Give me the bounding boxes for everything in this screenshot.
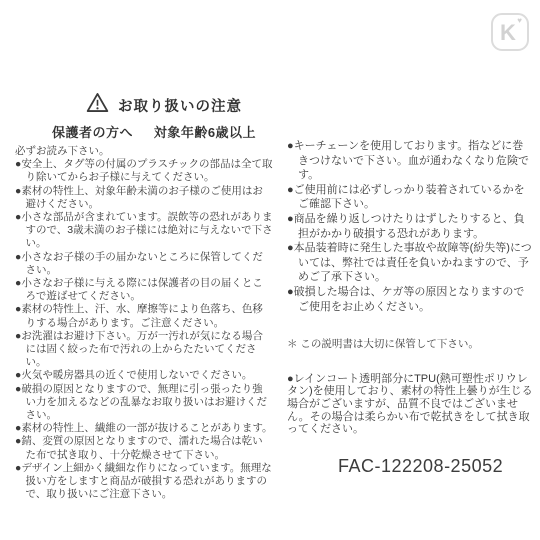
notice-item: ●お洗濯はお避け下さい。万が一汚れが気になる場合には固く絞った布で汚れの上からた… <box>15 330 273 370</box>
heart-icon: ♥ <box>517 16 522 25</box>
notice-item: ●本品装着時に発生した事故や故障等(紛失等)については、弊社では責任を負いかねま… <box>287 241 533 285</box>
target-age-label: 対象年齢6歳以上 <box>154 125 256 140</box>
left-notice-list: ●安全上、タグ等の付属のプラスチックの部品は全て取り除いてからお子様に与えてくだ… <box>15 158 273 501</box>
page-title: お取り扱いの注意 <box>118 95 242 116</box>
page-header: お取り扱いの注意 <box>86 92 242 118</box>
audience-label: 保護者の方へ <box>52 125 133 140</box>
notice-item: ●小さなお子様に与える際には保護者の目の届くところで遊ばせてください。 <box>15 277 273 303</box>
right-notice-list: ●キーチェーンを使用しております。指などに巻きつけないで下さい。血が通わなくなり… <box>287 139 533 314</box>
keep-manual-note: ＊ この説明書は大切に保管して下さい。 <box>287 337 533 352</box>
notice-item: ●小さな部品が含まれています。誤飲等の恐れがありますので、3歳未満のお子様には絶… <box>15 211 273 251</box>
material-tpu-note: ●レインコート透明部分にTPU(熱可塑性ポリウレタン)を使用しており、素材の特性… <box>287 373 533 436</box>
notice-item: ●小さなお子様の手の届かないところに保管してください。 <box>15 251 273 277</box>
product-code: FAC-122208-25052 <box>338 456 503 477</box>
notice-item: ●素材の特性上、繊維の一部が抜けることがあります。 <box>15 422 273 435</box>
notice-item: ●ご使用前には必ずしっかり装着されているかをご確認下さい。 <box>287 183 533 212</box>
left-column: 必ずお読み下さい。 ●安全上、タグ等の付属のプラスチックの部品は全て取り除いてか… <box>15 145 273 501</box>
notice-item: ●破損の原因となりますので、無理に引っ張ったり強い力を加えるなどの乱暴なお取り扱… <box>15 383 273 423</box>
notice-item: ●素材の特性上、対象年齢未満のお子様のご使用はお避けください。 <box>15 185 273 211</box>
brand-logo: K ♥ <box>491 13 529 51</box>
notice-item: ●素材の特性上、汗、水、摩擦等により色落ち、色移りする場合があります。ご注意くだ… <box>15 303 273 329</box>
read-first-note: 必ずお読み下さい。 <box>15 145 273 158</box>
notice-item: ●錆、変質の原因となりますので、濡れた場合は乾いた布で拭き取り、十分乾燥させて下… <box>15 435 273 461</box>
notice-item: ●商品を繰り返しつけたりはずしたりすると、負担がかかり破損する恐れがあります。 <box>287 212 533 241</box>
notice-item: ●火気や暖房器具の近くで使用しないでください。 <box>15 369 273 382</box>
right-column: ●キーチェーンを使用しております。指などに巻きつけないで下さい。血が通わなくなり… <box>287 139 533 436</box>
notice-item: ●破損した場合は、ケガ等の原因となりますのでご使用をお止めください。 <box>287 285 533 314</box>
notice-item: ●安全上、タグ等の付属のプラスチックの部品は全て取り除いてからお子様に与えてくだ… <box>15 158 273 184</box>
notice-item: ●デザイン上細かく繊細な作りになっています。無理な扱い方をしますと商品が破損する… <box>15 462 273 502</box>
warning-triangle-icon <box>86 92 109 118</box>
subheader: 保護者の方へ対象年齢6歳以上 <box>52 122 256 141</box>
notice-item: ●キーチェーンを使用しております。指などに巻きつけないで下さい。血が通わなくなり… <box>287 139 533 183</box>
